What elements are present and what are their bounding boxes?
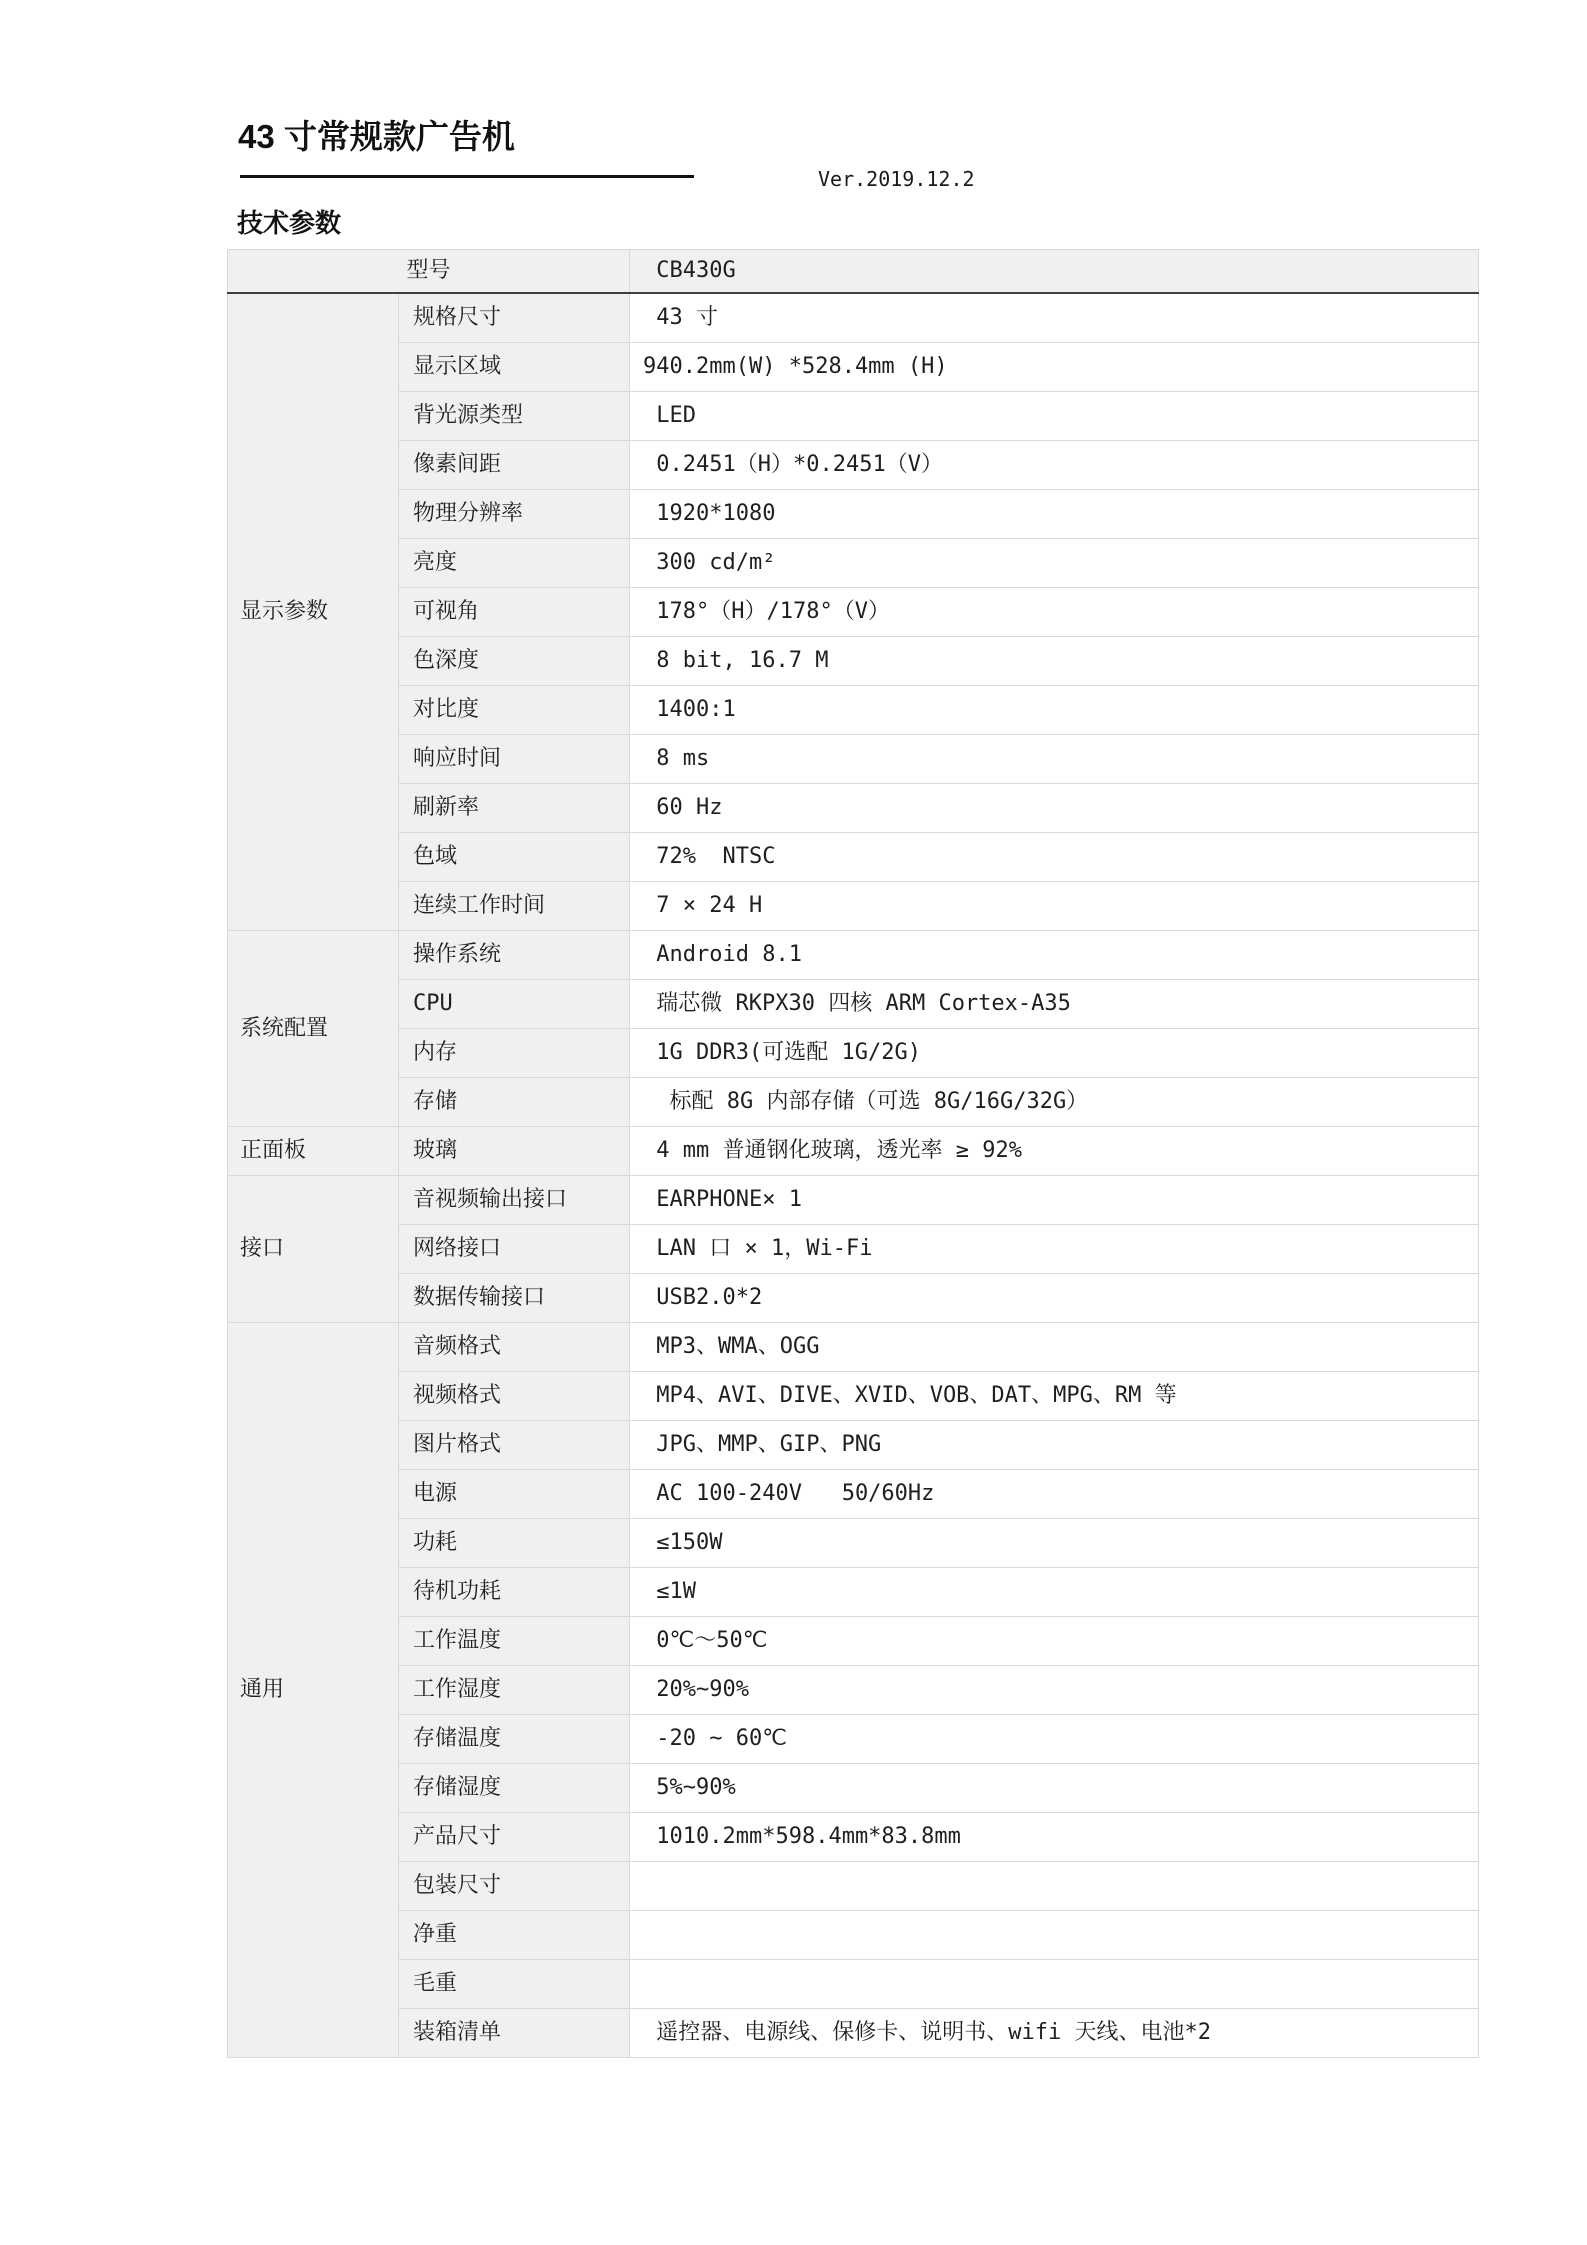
table-row: 产品尺寸 1010.2mm*598.4mm*83.8mm bbox=[228, 1813, 1479, 1862]
param-value-cell: JPG、MMP、GIP、PNG bbox=[630, 1421, 1479, 1470]
param-name-cell: 存储 bbox=[399, 1078, 630, 1127]
param-value-cell: 1400:1 bbox=[630, 686, 1479, 735]
table-row: 存储湿度 5%~90% bbox=[228, 1764, 1479, 1813]
param-name-cell: 包装尺寸 bbox=[399, 1862, 630, 1911]
table-row: 响应时间 8 ms bbox=[228, 735, 1479, 784]
param-name-cell: 工作温度 bbox=[399, 1617, 630, 1666]
param-name-cell: 电源 bbox=[399, 1470, 630, 1519]
param-value-cell bbox=[630, 1911, 1479, 1960]
param-name-cell: 装箱清单 bbox=[399, 2009, 630, 2058]
param-name-cell: 音视频输出接口 bbox=[399, 1176, 630, 1225]
param-name-cell: 毛重 bbox=[399, 1960, 630, 2009]
table-row: 色域 72% NTSC bbox=[228, 833, 1479, 882]
table-row: 网络接口 LAN 口 × 1，Wi-Fi bbox=[228, 1225, 1479, 1274]
param-name-cell: 响应时间 bbox=[399, 735, 630, 784]
param-value-cell: ≤1W bbox=[630, 1568, 1479, 1617]
table-row: 待机功耗 ≤1W bbox=[228, 1568, 1479, 1617]
param-value-cell: 5%~90% bbox=[630, 1764, 1479, 1813]
table-row: 通用音频格式 MP3、WMA、OGG bbox=[228, 1323, 1479, 1372]
param-value-cell: 178°（H）/178°（V） bbox=[630, 588, 1479, 637]
param-value-cell: 1010.2mm*598.4mm*83.8mm bbox=[630, 1813, 1479, 1862]
table-row: 背光源类型 LED bbox=[228, 392, 1479, 441]
param-name-cell: 色域 bbox=[399, 833, 630, 882]
param-value-cell: 瑞芯微 RKPX30 四核 ARM Cortex-A35 bbox=[630, 980, 1479, 1029]
spec-table: 型号 CB430G 显示参数规格尺寸 43 寸显示区域940.2mm(W) *5… bbox=[227, 249, 1479, 2058]
table-row: 色深度 8 bit, 16.7 M bbox=[228, 637, 1479, 686]
param-name-cell: 玻璃 bbox=[399, 1127, 630, 1176]
document-page: 43 寸常规款广告机 Ver.2019.12.2 技术参数 型号 CB430G … bbox=[0, 0, 1587, 2245]
param-value-cell bbox=[630, 1862, 1479, 1911]
table-row: 装箱清单 遥控器、电源线、保修卡、说明书、wifi 天线、电池*2 bbox=[228, 2009, 1479, 2058]
table-row: 接口音视频输出接口 EARPHONE× 1 bbox=[228, 1176, 1479, 1225]
table-row: 显示区域940.2mm(W) *528.4mm (H) bbox=[228, 343, 1479, 392]
spec-table-body: 型号 CB430G 显示参数规格尺寸 43 寸显示区域940.2mm(W) *5… bbox=[228, 250, 1479, 2058]
table-row: 刷新率 60 Hz bbox=[228, 784, 1479, 833]
table-row: CPU 瑞芯微 RKPX30 四核 ARM Cortex-A35 bbox=[228, 980, 1479, 1029]
section-heading: 技术参数 bbox=[237, 203, 341, 240]
param-value-cell: 0℃～50℃ bbox=[630, 1617, 1479, 1666]
param-value-cell: ≤150W bbox=[630, 1519, 1479, 1568]
table-row: 正面板玻璃 4 mm 普通钢化玻璃，透光率 ≥ 92% bbox=[228, 1127, 1479, 1176]
param-name-cell: 内存 bbox=[399, 1029, 630, 1078]
page-title: 43 寸常规款广告机 bbox=[238, 118, 515, 156]
version-label: Ver.2019.12.2 bbox=[818, 167, 975, 191]
category-cell: 显示参数 bbox=[228, 293, 399, 931]
param-name-cell: 视频格式 bbox=[399, 1372, 630, 1421]
param-value-cell: 300 cd/m² bbox=[630, 539, 1479, 588]
param-value-cell: 1G DDR3(可选配 1G/2G) bbox=[630, 1029, 1479, 1078]
param-value-cell: LED bbox=[630, 392, 1479, 441]
param-name-cell: 网络接口 bbox=[399, 1225, 630, 1274]
model-label-cell: 型号 bbox=[228, 250, 630, 294]
param-name-cell: 产品尺寸 bbox=[399, 1813, 630, 1862]
param-name-cell: 刷新率 bbox=[399, 784, 630, 833]
param-name-cell: 物理分辨率 bbox=[399, 490, 630, 539]
param-value-cell: 940.2mm(W) *528.4mm (H) bbox=[630, 343, 1479, 392]
param-name-cell: 净重 bbox=[399, 1911, 630, 1960]
param-value-cell: 0.2451（H）*0.2451（V） bbox=[630, 441, 1479, 490]
param-name-cell: 数据传输接口 bbox=[399, 1274, 630, 1323]
category-cell: 系统配置 bbox=[228, 931, 399, 1127]
table-row: 像素间距 0.2451（H）*0.2451（V） bbox=[228, 441, 1479, 490]
param-value-cell: 60 Hz bbox=[630, 784, 1479, 833]
table-row: 工作湿度 20%~90% bbox=[228, 1666, 1479, 1715]
table-row: 存储 标配 8G 内部存储（可选 8G/16G/32G） bbox=[228, 1078, 1479, 1127]
param-name-cell: 像素间距 bbox=[399, 441, 630, 490]
table-row: 毛重 bbox=[228, 1960, 1479, 2009]
table-row: 包装尺寸 bbox=[228, 1862, 1479, 1911]
param-name-cell: 对比度 bbox=[399, 686, 630, 735]
param-name-cell: 可视角 bbox=[399, 588, 630, 637]
param-value-cell: 标配 8G 内部存储（可选 8G/16G/32G） bbox=[630, 1078, 1479, 1127]
param-value-cell: 1920*1080 bbox=[630, 490, 1479, 539]
param-value-cell: 20%~90% bbox=[630, 1666, 1479, 1715]
param-value-cell: LAN 口 × 1，Wi-Fi bbox=[630, 1225, 1479, 1274]
table-row: 物理分辨率 1920*1080 bbox=[228, 490, 1479, 539]
param-name-cell: 显示区域 bbox=[399, 343, 630, 392]
category-cell: 通用 bbox=[228, 1323, 399, 2058]
param-value-cell: USB2.0*2 bbox=[630, 1274, 1479, 1323]
category-cell: 正面板 bbox=[228, 1127, 399, 1176]
param-name-cell: 背光源类型 bbox=[399, 392, 630, 441]
table-row: 亮度 300 cd/m² bbox=[228, 539, 1479, 588]
table-row: 净重 bbox=[228, 1911, 1479, 1960]
table-row: 存储温度 -20 ~ 60℃ bbox=[228, 1715, 1479, 1764]
param-value-cell: Android 8.1 bbox=[630, 931, 1479, 980]
table-row: 图片格式 JPG、MMP、GIP、PNG bbox=[228, 1421, 1479, 1470]
param-name-cell: 功耗 bbox=[399, 1519, 630, 1568]
model-value-cell: CB430G bbox=[630, 250, 1479, 294]
param-name-cell: 色深度 bbox=[399, 637, 630, 686]
category-cell: 接口 bbox=[228, 1176, 399, 1323]
param-value-cell: EARPHONE× 1 bbox=[630, 1176, 1479, 1225]
param-name-cell: 存储湿度 bbox=[399, 1764, 630, 1813]
param-value-cell: 72% NTSC bbox=[630, 833, 1479, 882]
table-row: 电源 AC 100-240V 50/60Hz bbox=[228, 1470, 1479, 1519]
param-value-cell: -20 ~ 60℃ bbox=[630, 1715, 1479, 1764]
table-row: 内存 1G DDR3(可选配 1G/2G) bbox=[228, 1029, 1479, 1078]
param-name-cell: 操作系统 bbox=[399, 931, 630, 980]
table-row: 连续工作时间 7 × 24 H bbox=[228, 882, 1479, 931]
param-name-cell: CPU bbox=[399, 980, 630, 1029]
param-value-cell: 8 ms bbox=[630, 735, 1479, 784]
table-row: 对比度 1400:1 bbox=[228, 686, 1479, 735]
param-value-cell: MP4、AVI、DIVE、XVID、VOB、DAT、MPG、RM 等 bbox=[630, 1372, 1479, 1421]
table-row: 视频格式 MP4、AVI、DIVE、XVID、VOB、DAT、MPG、RM 等 bbox=[228, 1372, 1479, 1421]
table-row: 系统配置操作系统 Android 8.1 bbox=[228, 931, 1479, 980]
param-name-cell: 连续工作时间 bbox=[399, 882, 630, 931]
table-row: 工作温度 0℃～50℃ bbox=[228, 1617, 1479, 1666]
param-value-cell: 4 mm 普通钢化玻璃，透光率 ≥ 92% bbox=[630, 1127, 1479, 1176]
param-value-cell: 遥控器、电源线、保修卡、说明书、wifi 天线、电池*2 bbox=[630, 2009, 1479, 2058]
param-name-cell: 图片格式 bbox=[399, 1421, 630, 1470]
param-value-cell: 43 寸 bbox=[630, 293, 1479, 343]
table-row: 数据传输接口 USB2.0*2 bbox=[228, 1274, 1479, 1323]
param-name-cell: 待机功耗 bbox=[399, 1568, 630, 1617]
param-value-cell: AC 100-240V 50/60Hz bbox=[630, 1470, 1479, 1519]
param-name-cell: 亮度 bbox=[399, 539, 630, 588]
table-row: 可视角 178°（H）/178°（V） bbox=[228, 588, 1479, 637]
param-name-cell: 规格尺寸 bbox=[399, 293, 630, 343]
param-name-cell: 工作湿度 bbox=[399, 1666, 630, 1715]
param-name-cell: 音频格式 bbox=[399, 1323, 630, 1372]
param-value-cell: 8 bit, 16.7 M bbox=[630, 637, 1479, 686]
param-value-cell: 7 × 24 H bbox=[630, 882, 1479, 931]
table-row: 功耗 ≤150W bbox=[228, 1519, 1479, 1568]
table-row: 显示参数规格尺寸 43 寸 bbox=[228, 293, 1479, 343]
param-name-cell: 存储温度 bbox=[399, 1715, 630, 1764]
param-value-cell: MP3、WMA、OGG bbox=[630, 1323, 1479, 1372]
model-row: 型号 CB430G bbox=[228, 250, 1479, 294]
param-value-cell bbox=[630, 1960, 1479, 2009]
title-underline-rule bbox=[240, 175, 694, 178]
